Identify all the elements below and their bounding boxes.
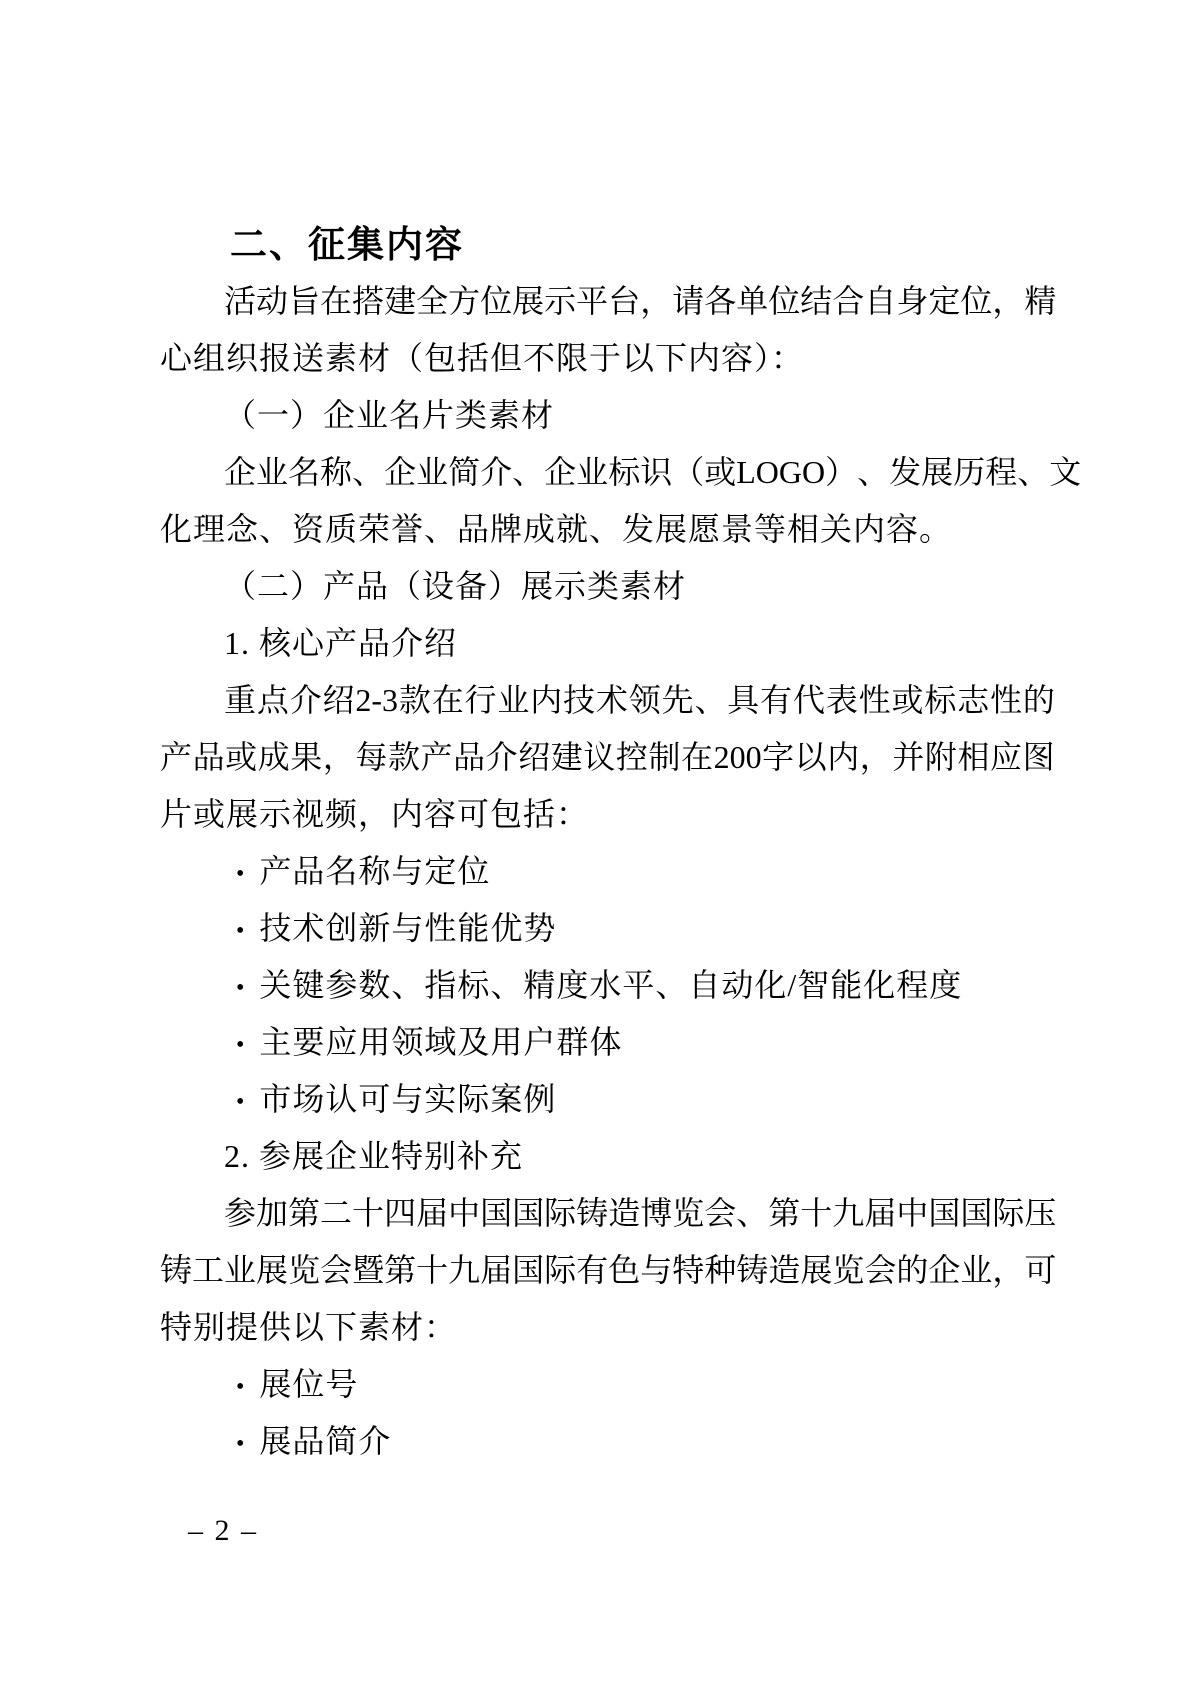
text-line: 重点介绍2-3款在行业内技术领先、具有代表性或标志性的 (160, 672, 1055, 729)
text-line: 参加第二十四届中国国际铸造博览会、第十九届中国国际压 (160, 1185, 1055, 1242)
bullet-icon: • (236, 1416, 245, 1473)
page-number: – 2 – (188, 1506, 258, 1556)
text-line: •技术创新与性能优势 (160, 900, 1055, 957)
text-line: （一）企业名片类素材 (160, 387, 1055, 444)
bullet-text: 主要应用领域及用户群体 (259, 1024, 622, 1060)
bullet-text: 产品名称与定位 (259, 853, 490, 889)
text-line: •展位号 (160, 1356, 1055, 1413)
bullet-text: 技术创新与性能优势 (259, 910, 556, 946)
text-line: •展品简介 (160, 1413, 1055, 1470)
bullet-text: 展品简介 (259, 1423, 391, 1459)
bullet-icon: • (236, 903, 245, 960)
text-line: 2. 参展企业特别补充 (160, 1128, 1055, 1185)
doc-body: 二、征集内容活动旨在搭建全方位展示平台，请各单位结合自身定位，精心组织报送素材（… (160, 216, 1055, 1470)
bullet-icon: • (236, 1074, 245, 1131)
bullet-text: 市场认可与实际案例 (259, 1081, 556, 1117)
text-line: 特别提供以下素材： (160, 1299, 1055, 1356)
text-line: （二）产品（设备）展示类素材 (160, 558, 1055, 615)
text-line: 产品或成果，每款产品介绍建议控制在200字以内，并附相应图 (160, 729, 1055, 786)
text-line: •产品名称与定位 (160, 843, 1055, 900)
text-line: 1. 核心产品介绍 (160, 615, 1055, 672)
text-line: 心组织报送素材（包括但不限于以下内容）： (160, 330, 1055, 387)
text-line: 化理念、资质荣誉、品牌成就、发展愿景等相关内容。 (160, 501, 1055, 558)
bullet-text: 关键参数、指标、精度水平、自动化/智能化程度 (259, 967, 962, 1003)
text-line: •主要应用领域及用户群体 (160, 1014, 1055, 1071)
text-line: •市场认可与实际案例 (160, 1071, 1055, 1128)
bullet-icon: • (236, 960, 245, 1017)
text-line: 片或展示视频，内容可包括： (160, 786, 1055, 843)
text-line: 活动旨在搭建全方位展示平台，请各单位结合自身定位，精 (160, 273, 1055, 330)
text-line: •关键参数、指标、精度水平、自动化/智能化程度 (160, 957, 1055, 1014)
document-page: 二、征集内容活动旨在搭建全方位展示平台，请各单位结合自身定位，精心组织报送素材（… (0, 0, 1200, 1697)
bullet-icon: • (236, 1017, 245, 1074)
text-line: 企业名称、企业简介、企业标识（或LOGO）、发展历程、文 (160, 444, 1055, 501)
text-line: 铸工业展览会暨第十九届国际有色与特种铸造展览会的企业，可 (160, 1242, 1055, 1299)
bullet-text: 展位号 (259, 1366, 358, 1402)
bullet-icon: • (236, 846, 245, 903)
bullet-icon: • (236, 1359, 245, 1416)
section-heading: 二、征集内容 (160, 216, 1055, 273)
